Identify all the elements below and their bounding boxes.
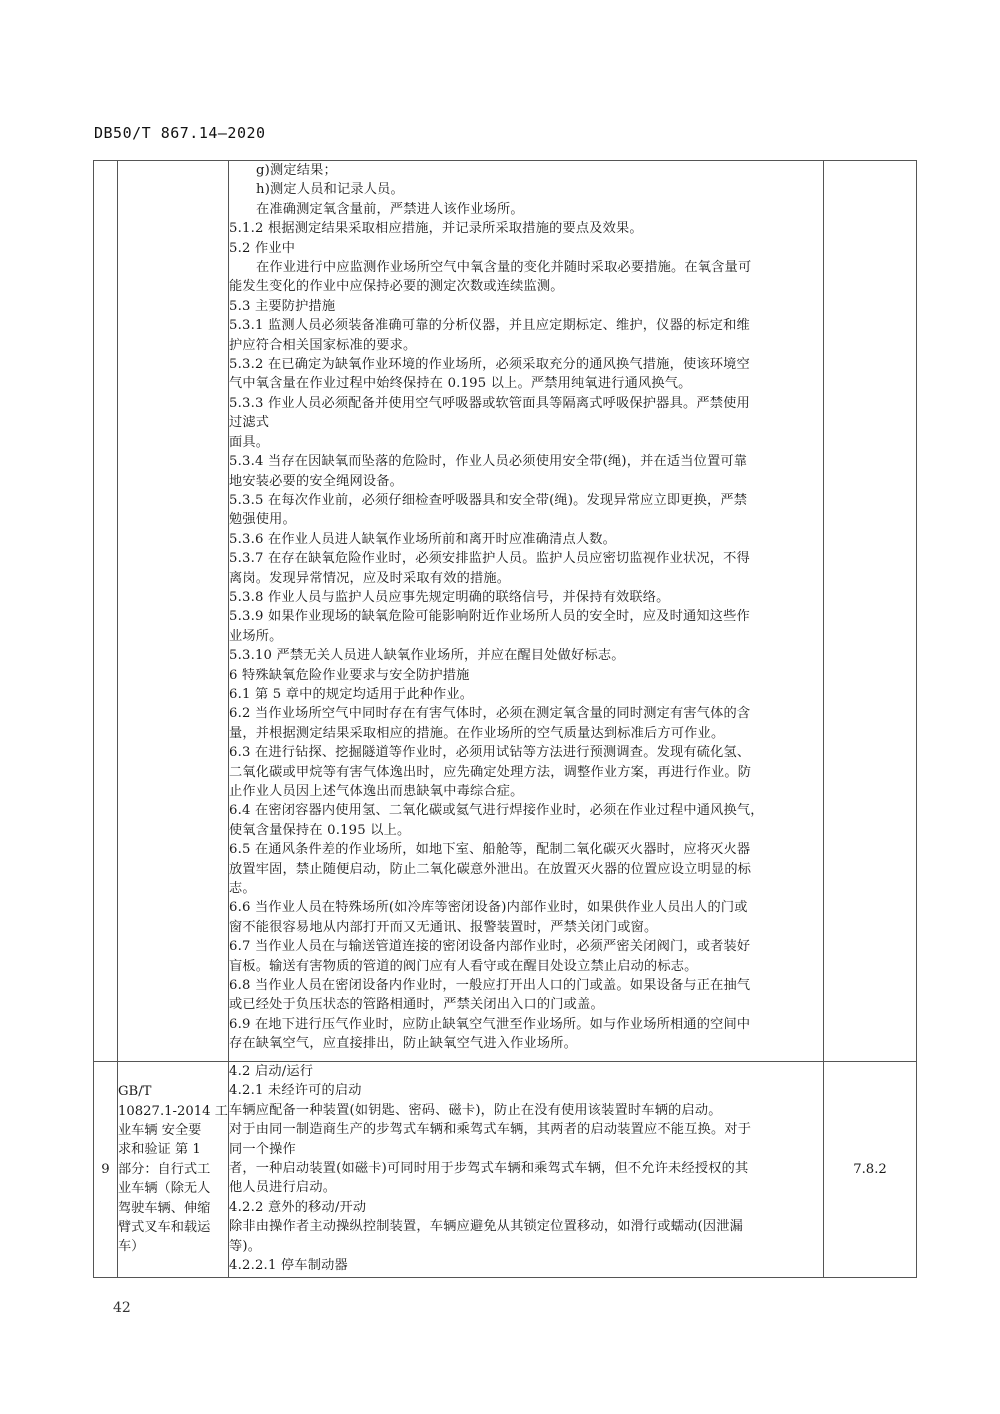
requirements-table: g)测定结果；h)测定人员和记录人员。在准确测定氧含量前，严禁进人该作业场所。5… [93,160,917,1278]
content-line: 6.6 当作业人员在特殊场所(如冷库等密闭设备)内部作业时，如果供作业人员出人的… [229,898,823,917]
content-line: 二氧化碳或甲烷等有害气体逸出时，应先确定处理方法，调整作业方案，再进行作业。防 [229,763,823,782]
row-number-cell: 9 [94,1062,118,1278]
standard-cell [118,161,229,1062]
content-line: 5.2 作业中 [229,239,823,258]
standard-name-line: 臂式叉车和载运 [118,1218,228,1237]
content-line: 对于由同一制造商生产的步驾式车辆和乘驾式车辆，其两者的启动装置应不能互换。对于 [229,1120,823,1139]
content-line: 5.3.3 作业人员必须配备并使用空气呼吸器或软管面具等隔离式呼吸保护器具。严禁… [229,394,823,413]
content-line: 6.7 当作业人员在与输送管道连接的密闭设备内部作业时，必须严密关闭阀门，或者装… [229,937,823,956]
content-line: 5.3.7 在存在缺氧危险作业时，必须安排监护人员。监护人员应密切监视作业状况，… [229,549,823,568]
content-line: 使氧含量保持在 0.195 以上。 [229,821,823,840]
content-line: 6.3 在进行钻探、挖掘隧道等作业时，必须用试钻等方法进行预测调查。发现有硫化氢… [229,743,823,762]
content-line: 5.3.6 在作业人员进人缺氧作业场所前和离开时应准确清点人数。 [229,530,823,549]
content-line: 6.4 在密闭容器内使用氢、二氧化碳或氦气进行焊接作业时，必须在作业过程中通风换… [229,801,823,820]
content-line: 5.3.1 监测人员必须装备准确可靠的分析仪器，并且应定期标定、维护，仪器的标定… [229,316,823,335]
content-line: 在准确测定氧含量前，严禁进人该作业场所。 [229,200,823,219]
content-line: 能发生变化的作业中应保持必要的测定次数或连续监测。 [229,277,823,296]
content-cell: g)测定结果；h)测定人员和记录人员。在准确测定氧含量前，严禁进人该作业场所。5… [229,161,824,1062]
content-line: 6.2 当作业场所空气中同时存在有害气体时，必须在测定氧含量的同时测定有害气体的… [229,704,823,723]
content-line: 4.2.1 未经许可的启动 [229,1081,823,1100]
content-line: 5.1.2 根据测定结果采取相应措施，并记录所采取措施的要点及效果。 [229,219,823,238]
standard-name-line: 车） [118,1237,228,1256]
clause-cell [824,161,917,1062]
content-line: 离岗。发现异常情况，应及时采取有效的措施。 [229,569,823,588]
standard-name-line: 业车辆 安全要 [118,1121,228,1140]
standard-cell: GB/T10827.1-2014 工业车辆 安全要求和验证 第 1部分：自行式工… [118,1062,229,1278]
content-line: 等)。 [229,1237,823,1256]
content-line: 5.3.2 在已确定为缺氧作业环境的作业场所，必须采取充分的通风换气措施，使该环… [229,355,823,374]
content-line: 在作业进行中应监测作业场所空气中氧含量的变化并随时采取必要措施。在氧含量可 [229,258,823,277]
standard-name-line: GB/T [118,1082,228,1101]
content-line: 除非由操作者主动操纵控制装置，车辆应避免从其锁定位置移动，如滑行或蠕动(因泄漏 [229,1217,823,1236]
standard-name-line: 求和验证 第 1 [118,1140,228,1159]
content-line: 护应符合相关国家标准的要求。 [229,336,823,355]
content-line: 6.1 第 5 章中的规定均适用于此种作业。 [229,685,823,704]
content-line: 志。 [229,879,823,898]
table-row: g)测定结果；h)测定人员和记录人员。在准确测定氧含量前，严禁进人该作业场所。5… [94,161,917,1062]
content-line: 量，并根据测定结果采取相应的措施。在作业场所的空气质量达到标准后方可作业。 [229,724,823,743]
content-line: 者，一种启动装置(如磁卡)可同时用于步驾式车辆和乘驾式车辆，但不允许未经授权的其 [229,1159,823,1178]
content-line: 或已经处于负压状态的管路相通时，严禁关闭出入口的门或盖。 [229,995,823,1014]
content-line: 6.8 当作业人员在密闭设备内作业时，一般应打开出人口的门或盖。如果设备与正在抽… [229,976,823,995]
content-line: 5.3 主要防护措施 [229,297,823,316]
content-line: 5.3.8 作业人员与监护人员应事先规定明确的联络信号，并保持有效联络。 [229,588,823,607]
content-line: 过滤式 [229,413,823,432]
content-line: 5.3.4 当存在因缺氧而坠落的危险时，作业人员必须使用安全带(绳)，并在适当位… [229,452,823,471]
content-line: h)测定人员和记录人员。 [229,180,823,199]
row-number-cell [94,161,118,1062]
content-line: 5.3.9 如果作业现场的缺氧危险可能影响附近作业场所人员的安全时，应及时通知这… [229,607,823,626]
content-line: 6.9 在地下进行压气作业时，应防止缺氧空气泄至作业场所。如与作业场所相通的空间… [229,1015,823,1034]
content-line: 窗不能很容易地从内部打开而又无通讯、报警装置时，严禁关闭门或窗。 [229,918,823,937]
content-line: 同一个操作 [229,1140,823,1159]
content-line: 5.3.10 严禁无关人员进人缺氧作业场所，并应在醒目处做好标志。 [229,646,823,665]
content-line: 止作业人员因上述气体逸出而患缺氧中毒综合症。 [229,782,823,801]
content-line: 他人员进行启动。 [229,1178,823,1197]
content-line: 勉强使用。 [229,510,823,529]
content-line: 业场所。 [229,627,823,646]
page-number: 42 [113,1300,131,1316]
content-line: 存在缺氧空气，应直接排出，防止缺氧空气进入作业场所。 [229,1034,823,1053]
content-line: 放置牢固，禁止随便启动，防止二氧化碳意外泄出。在放置灭火器的位置应设立明显的标 [229,860,823,879]
content-line: 4.2 启动/运行 [229,1062,823,1081]
content-line: g)测定结果； [229,161,823,180]
standard-name-line: 部分：自行式工 [118,1160,228,1179]
standard-name-line: 业车辆（除无人 [118,1179,228,1198]
standard-name-line: 驾驶车辆、伸缩 [118,1199,228,1218]
content-line: 6 特殊缺氧危险作业要求与安全防护措施 [229,666,823,685]
content-line: 车辆应配备一种装置(如钥匙、密码、磁卡)，防止在没有使用该装置时车辆的启动。 [229,1101,823,1120]
standard-name-line: 10827.1-2014 工 [118,1102,228,1121]
document-code-header: DB50/T 867.14—2020 [94,124,266,142]
table-row: 9 GB/T10827.1-2014 工业车辆 安全要求和验证 第 1部分：自行… [94,1062,917,1278]
clause-cell: 7.8.2 [824,1062,917,1278]
content-line: 5.3.5 在每次作业前，必须仔细检查呼吸器具和安全带(绳)。发现异常应立即更换… [229,491,823,510]
content-line: 盲板。输送有害物质的管道的阀门应有人看守或在醒目处设立禁止启动的标志。 [229,957,823,976]
content-line: 4.2.2 意外的移动/开动 [229,1198,823,1217]
content-cell: 4.2 启动/运行4.2.1 未经许可的启动车辆应配备一种装置(如钥匙、密码、磁… [229,1062,824,1278]
content-line: 4.2.2.1 停车制动器 [229,1256,823,1275]
content-line: 气中氧含量在作业过程中始终保持在 0.195 以上。严禁用纯氧进行通风换气。 [229,374,823,393]
content-line: 面具。 [229,433,823,452]
content-line: 6.5 在通风条件差的作业场所，如地下室、船舱等，配制二氧化碳灭火器时，应将灭火… [229,840,823,859]
content-line: 地安装必要的安全绳网设备。 [229,472,823,491]
